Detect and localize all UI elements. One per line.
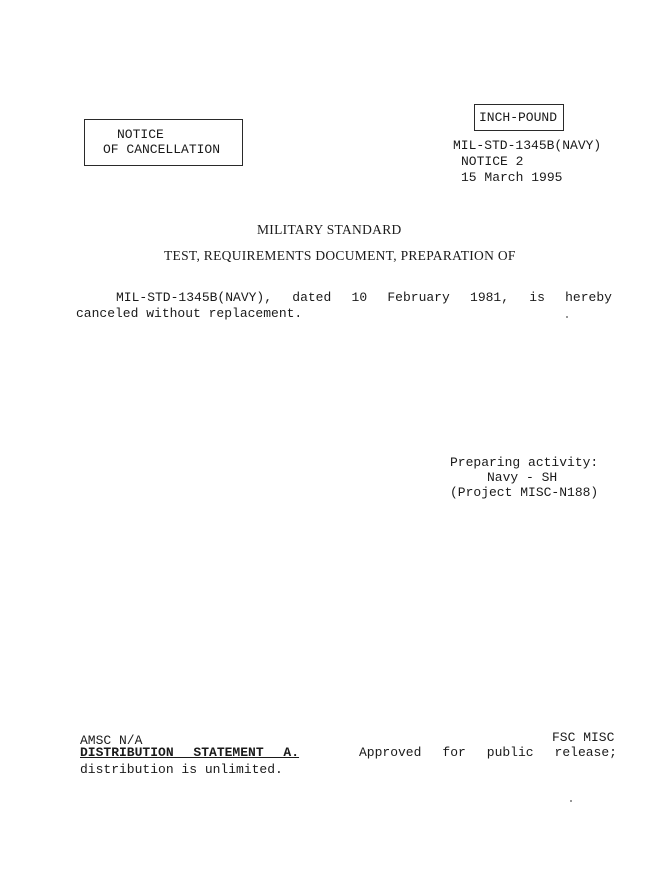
document-id: MIL-STD-1345B(NAVY)	[453, 138, 601, 154]
body-paragraph-line-1: MIL-STD-1345B(NAVY), dated 10 February 1…	[76, 290, 612, 306]
body-word: is	[529, 290, 545, 306]
body-word: dated	[292, 290, 331, 306]
notice-number: NOTICE 2	[461, 154, 523, 170]
distribution-statement-line-2: distribution is unlimited.	[80, 762, 283, 778]
body-word: 10	[352, 290, 368, 306]
body-word: 1981,	[470, 290, 509, 306]
project-number: (Project MISC-N188)	[450, 485, 598, 501]
distribution-word: public	[487, 745, 534, 761]
cancellation-label: OF CANCELLATION	[103, 142, 220, 157]
document-subject: TEST, REQUIREMENTS DOCUMENT, PREPARATION…	[164, 248, 516, 264]
inch-pound-box: INCH-POUND	[474, 104, 564, 131]
distribution-statement-text: Approved for public release;	[359, 745, 617, 761]
notice-date: 15 March 1995	[461, 170, 562, 186]
preparing-activity-name: Navy - SH	[487, 470, 557, 486]
body-word: MIL-STD-1345B(NAVY),	[116, 290, 272, 306]
fsc-code: FSC MISC	[552, 730, 614, 746]
scan-speck	[570, 800, 572, 802]
notice-of-cancellation-box: NOTICE OF CANCELLATION	[84, 119, 243, 166]
body-paragraph-line-2: canceled without replacement.	[76, 306, 302, 322]
body-word: February	[387, 290, 449, 306]
body-word: hereby	[565, 290, 612, 306]
distribution-word: release;	[555, 745, 617, 761]
distribution-word: for	[442, 745, 465, 761]
distribution-word: Approved	[359, 745, 421, 761]
notice-label: NOTICE	[117, 127, 164, 142]
distribution-statement-line-1: DISTRIBUTION STATEMENT A. Approved for p…	[80, 745, 617, 761]
preparing-activity-label: Preparing activity:	[450, 455, 598, 471]
document-title: MILITARY STANDARD	[257, 222, 402, 238]
scan-speck	[566, 316, 568, 318]
inch-pound-label: INCH-POUND	[479, 110, 557, 125]
distribution-statement-heading: DISTRIBUTION STATEMENT A.	[80, 745, 299, 761]
